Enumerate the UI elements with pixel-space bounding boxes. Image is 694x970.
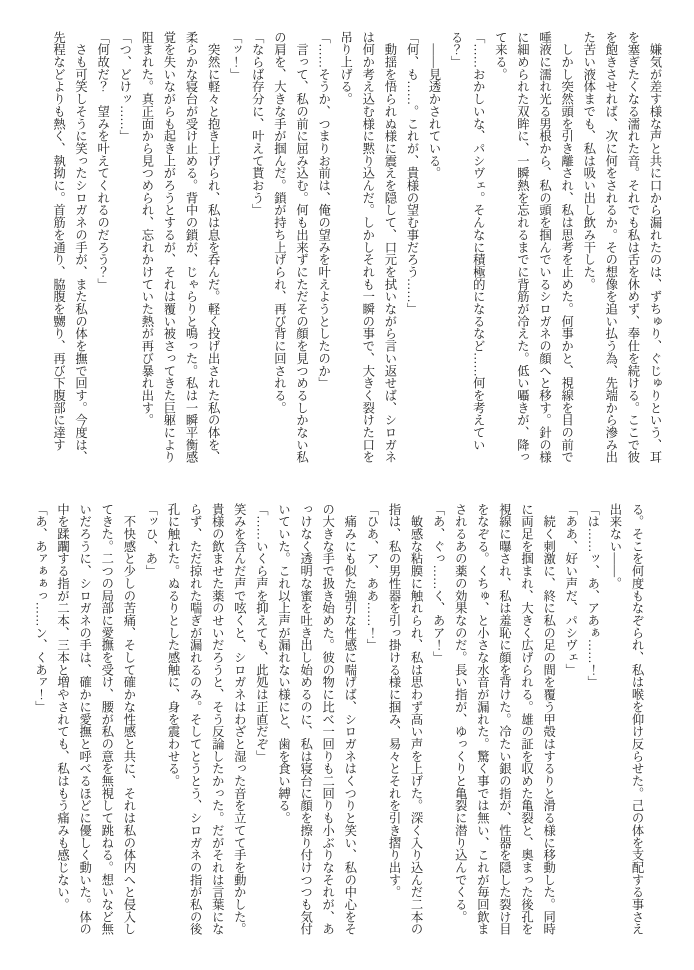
text-block-top: 嫌気が差す様な声と共に口から漏れたのは、ずちゅり、ぐじゅりという、耳を塞ぎたくな… [47,31,666,464]
text-line: 「ッひ、あ」 [140,503,162,936]
text-line: 敏感な粘膜に触れられ、私は思わず高い声を上げた。深く入り込んだ二本の [405,503,427,936]
text-line: 続く刺激に、終に私の足の間を覆う甲殻はするりと滑る様に移動した。同時 [538,503,560,936]
text-line: 視線に曝され、私は羞恥に顔を背けた。冷たい銀の指が、性器を隠した裂け目 [493,503,515,936]
text-line: っけなく透明な蜜を吐き出し始めるのに、私は寝台に顔を擦り付けつつも気付 [295,503,317,936]
text-line: に細められた双眸に、一瞬熱を忘れるまでに背筋が冷えた。低い囁きが、降っ [511,31,533,464]
text-line: さも可笑しそうに笑ったシロガネの手が、また私の体を撫で回す。今度は、 [69,31,91,464]
text-line: 孔に触れた。ぬるりとした感触に、身を震わせる。 [162,503,184,936]
text-line: の大きな手で扱き始めた。彼の物に比べ一回りも二回りも小ぶりなそれが、あ [317,503,339,936]
text-line: た苦い液体までも、私は吸い出し飲み干した。 [578,31,600,464]
text-line: 「あ、ぐっ……く、あア！」 [427,503,449,936]
text-line: に両足を掴まれ、大きく広げられる。雄の証を収めた亀裂と、奥まった後孔を [515,503,537,936]
text-line: 貴様の飲ませた薬のせいだろうと、そう反論したかった。だがそれは言葉にな [206,503,228,936]
text-line: されるあの薬の効果なのだ。長い指が、ゆっくりと亀裂に潜り込んでくる。 [449,503,471,936]
text-line: 「ああ、好い声だ、パシヴェ」 [560,503,582,936]
text-line: ――見透かされている。 [423,31,445,464]
text-line: を塞ぎたくなる濡れた音。それでも私は舌を休めず、奉仕を続ける。ここで彼 [622,31,644,464]
text-line: 「つ、どけッ……」 [114,31,136,464]
text-line: 先程などよりも熱く、執拗に。首筋を通り、脇腹を嬲り、再び下腹部に達す [47,31,69,464]
text-line: 「あ、あァぁぁっ……ン、くあァ！」 [29,503,51,936]
text-line: を飽きさせれば、次に何をされるか。その想像を追い払う為、先端から滲み出 [600,31,622,464]
text-line: しかし突然頭を引き離され、私は思考を止めた。何事かと、視線を目の前で [556,31,578,464]
text-line: 指は、私の男性器を引っ掛ける様に掴み、易々とそれを引き摺り出す。 [383,503,405,936]
text-line: 覚を失いながらも起き上がろうとするが、それは覆い被さってきた巨躯により [158,31,180,464]
text-line: る。そこを何度もなぞられ、私は喉を仰け反らせた。己の体を支配する事さえ [626,503,648,936]
novel-page: 嫌気が差す様な声と共に口から漏れたのは、ずちゅり、ぐじゅりという、耳を塞ぎたくな… [0,0,694,970]
text-line: 突然に軽々と抱き上げられ、私は息を呑んだ。軽く投げ出された私の体を、 [202,31,224,464]
text-line: 痛みにも似た強引な性感に喘げば、シロガネはくつりと笑い、私の中心をそ [339,503,361,936]
text-line: 「何故だ？ 望みを叶えてくれるのだろう？」 [92,31,114,464]
text-line: の肩を、大きな手が掴んだ。鎖が持ち上げられ、再び背に回される。 [268,31,290,464]
text-line: 嫌気が差す様な声と共に口から漏れたのは、ずちゅり、ぐじゅりという、耳 [644,31,666,464]
text-line: 阻まれた。真正面から見つめられ、忘れかけていた熱が再び暴れ出す。 [136,31,158,464]
text-line: をなぞる。くちゅ、と小さな水音が漏れた。驚く事では無い、これが毎回飲ま [471,503,493,936]
text-line: る？」 [445,31,467,464]
text-line: 唾液に濡れ光る男根から、私の頭を掴んでいるシロガネの顔へと移す。針の様 [533,31,555,464]
text-line: は何か考え込む様に黙り込んだ。しかしそれも一瞬の事で、大きく裂けた口を [357,31,379,464]
text-line: いていた。これ以上声が漏れない様にと、歯を食い縛る。 [272,503,294,936]
text-line: 笑みを含んだ声で呟くと、シロガネはわざと湿った音を立てて手を動かした。 [228,503,250,936]
text-line: 「……おかしいな、パシヴェ。そんなに積極的になるなど……何を考えてい [467,31,489,464]
text-line: 不快感と少しの苦痛、そして確かな性感と共に、それは私の体内へと侵入し [118,503,140,936]
text-line: 「何、も……。これが、貴様の望む事だろう……」 [401,31,423,464]
text-line: てきた。二つの局部に愛撫を受け、腰が私の意を無視して跳ねる。想いなど無 [96,503,118,936]
text-line: 「ひあ、ア、ああ……！」 [361,503,383,936]
text-line: 柔らかな寝台が受け止める。背中の鎖が、じゃらりと鳴った。私は一瞬平衡感 [180,31,202,464]
text-line: らず、ただ掠れた喘ぎが漏れるのみ。そしてとうとう、シロガネの指が私の後 [184,503,206,936]
text-line: いだろうに、シロガネの手は、確かに愛撫と呼べるほどに優しく動いた。体の [74,503,96,936]
text-line: 動揺を悟られぬ様に震えを隠して、口元を拭いながら言い返せば、シロガネ [379,31,401,464]
text-line: て来る。 [489,31,511,464]
text-line: 「ッ！」 [224,31,246,464]
text-line: 「……いくら声を抑えても、此処は正直だぞ」 [250,503,272,936]
text-line: 「ならば存分に、叶えて貰おう」 [246,31,268,464]
text-line: 出来ない――。 [604,503,626,936]
text-line: 「……そうか、つまりお前は、俺の望みを叶えようとしたのか」 [313,31,335,464]
text-line: 「は……ッ、あ、アあぁ……！」 [582,503,604,936]
text-line: 言って、私の前に屈み込む。何も出来ずにただその顔を見つめるしかない私 [290,31,312,464]
text-line: 中を蹂躙する指が二本、三本と増やされても、私はもう痛みも感じない。 [51,503,73,936]
text-block-bottom: る。そこを何度もなぞられ、私は喉を仰け反らせた。己の体を支配する事さえ出来ない―… [29,503,648,936]
text-line: 吊り上げる。 [335,31,357,464]
